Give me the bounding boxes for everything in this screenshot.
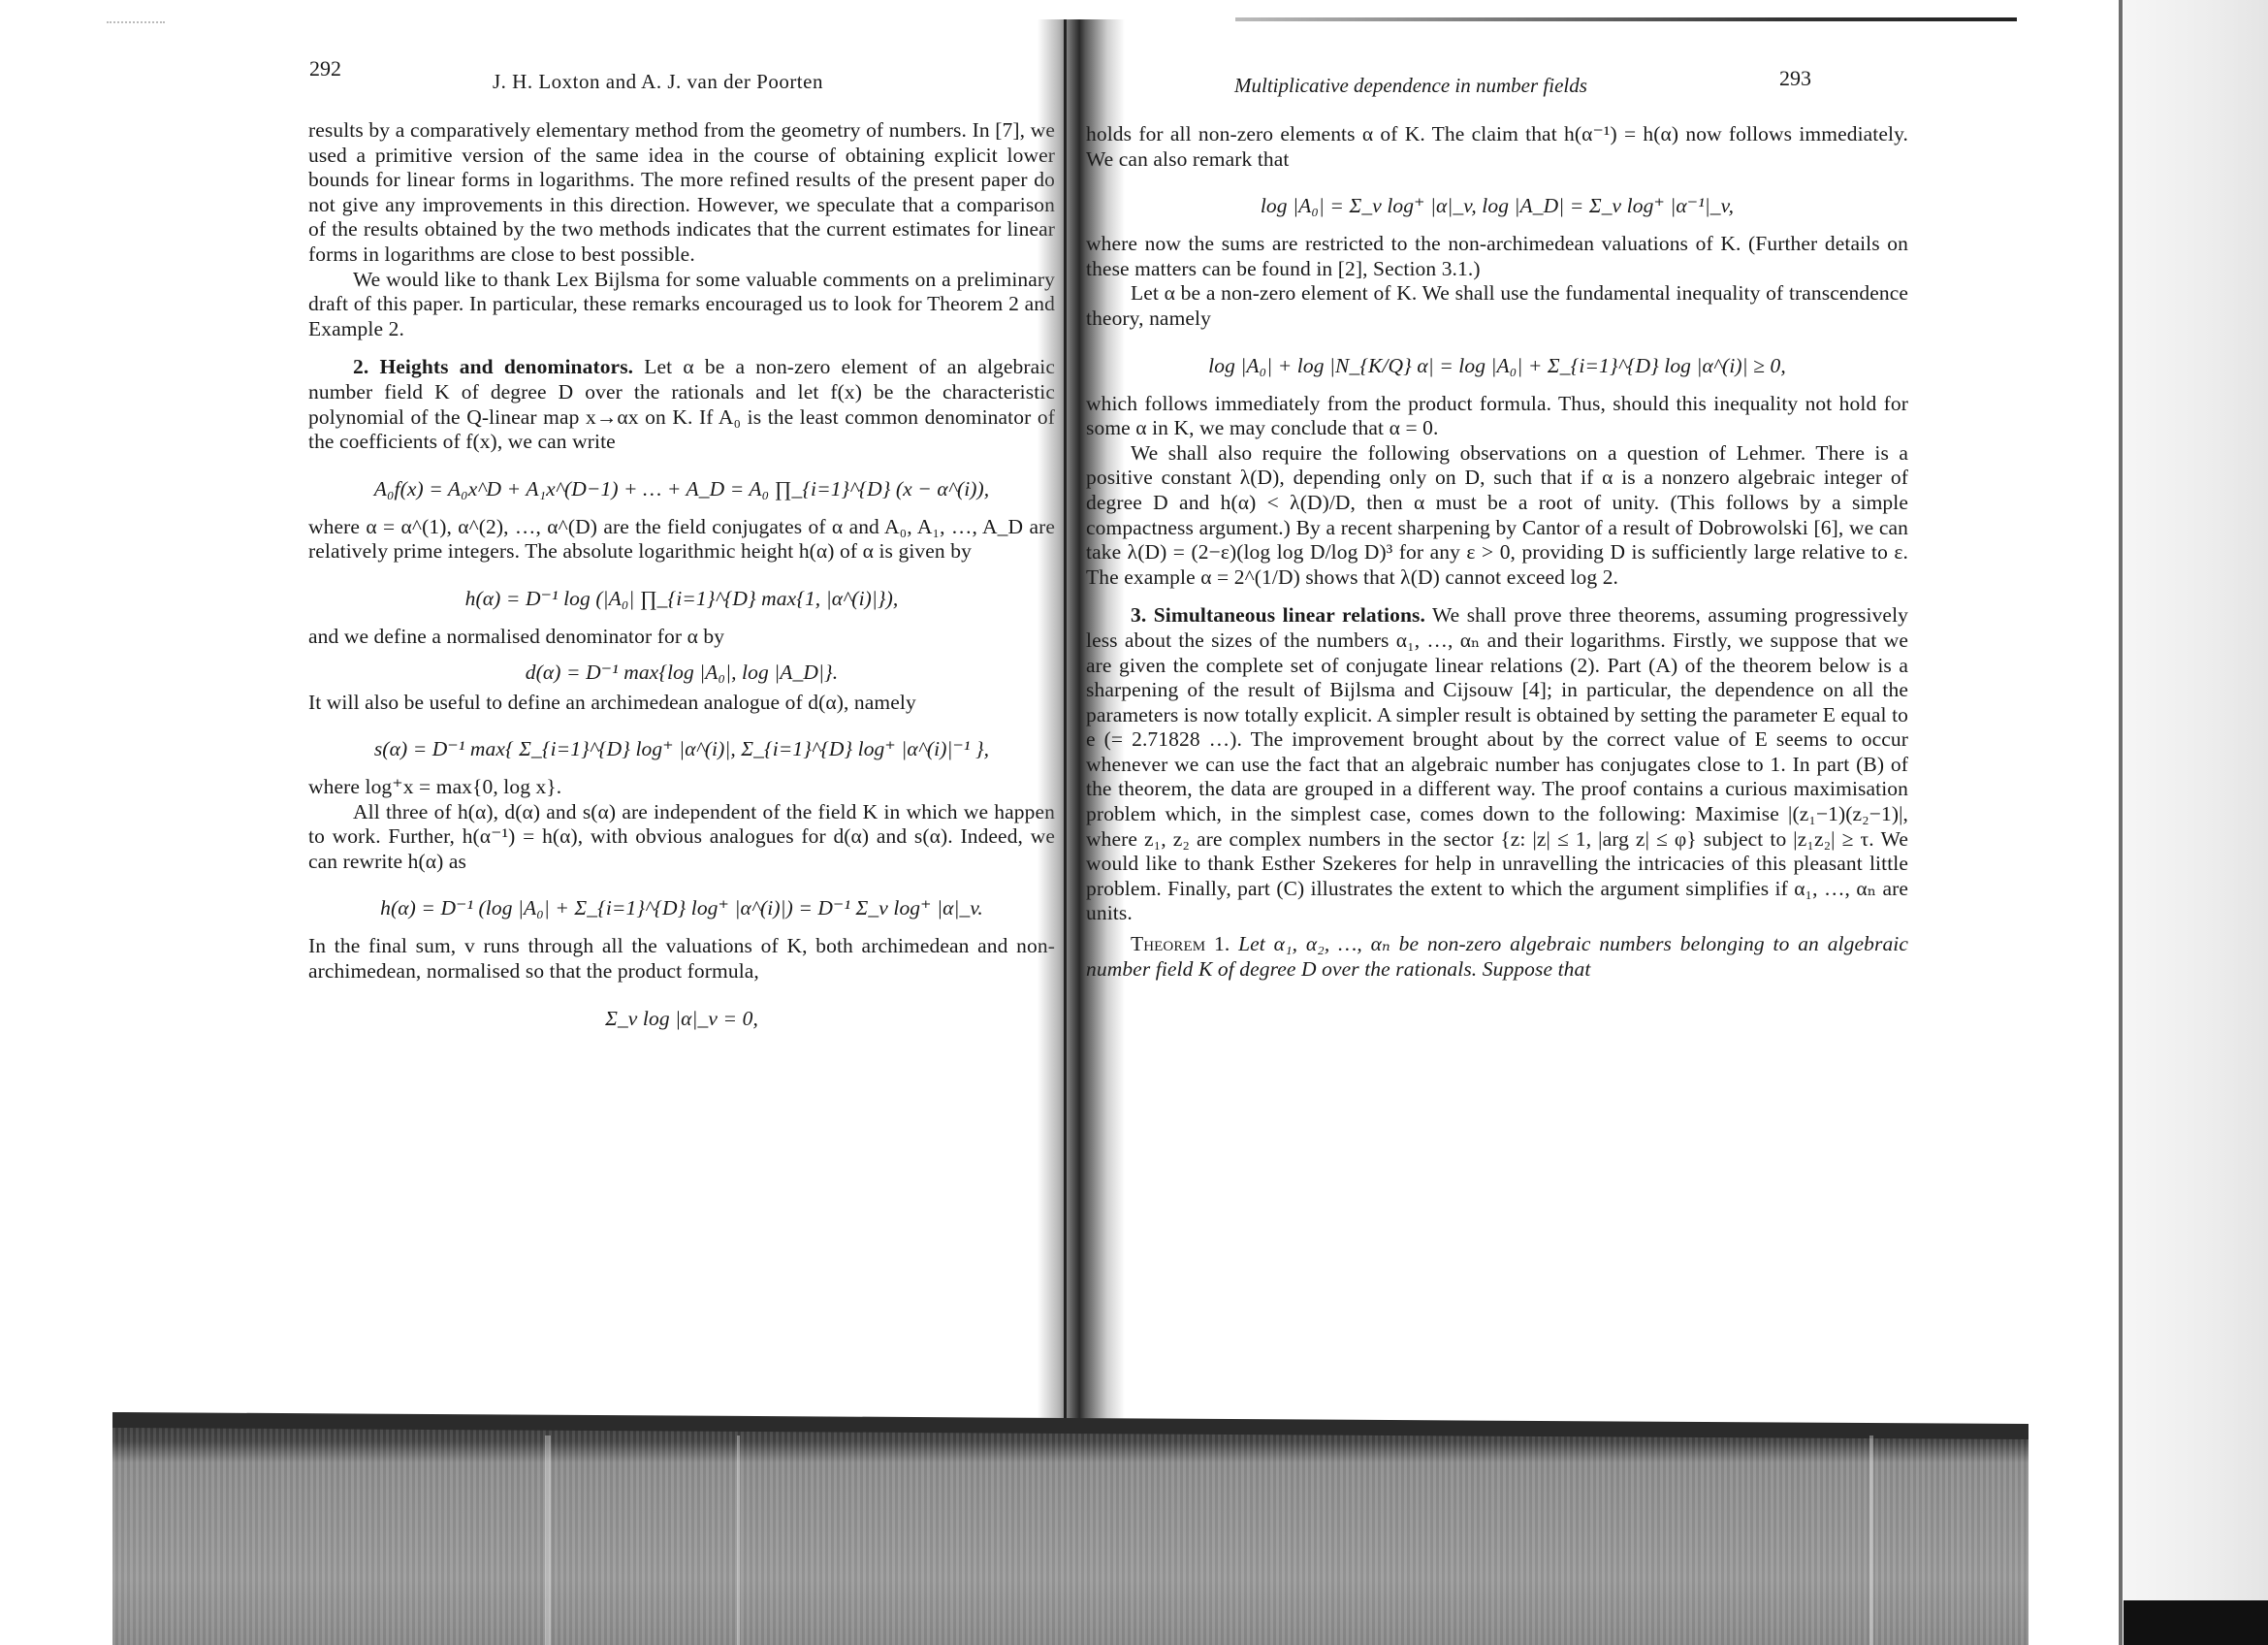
paragraph: Let α be a non-zero element of K. We sha… <box>1086 281 1908 331</box>
scan-streak <box>737 1435 740 1645</box>
section-heading: 3. Simultaneous linear relations. <box>1131 603 1425 627</box>
formula-log-a0: log |A₀| = Σ_v log⁺ |α|_v, log |A_D| = Σ… <box>1086 193 1908 218</box>
scan-corner-shadow <box>2124 1600 2268 1645</box>
formula-denominator: d(α) = D⁻¹ max{log |A₀|, log |A_D|}. <box>308 660 1055 685</box>
page-number-left: 292 <box>309 56 341 81</box>
section-heading: 2. Heights and denominators. <box>353 355 633 378</box>
section-2-intro: 2. Heights and denominators. Let α be a … <box>308 355 1055 454</box>
running-head-title: Multiplicative dependence in number fiel… <box>1234 74 1587 98</box>
paragraph: In the final sum, v runs through all the… <box>308 934 1055 984</box>
scan-page-edge <box>2119 0 2123 1645</box>
formula-archimedean: s(α) = D⁻¹ max{ Σ_{i=1}^{D} log⁺ |α^(i)|… <box>308 736 1055 761</box>
paragraph: where now the sums are restricted to the… <box>1086 232 1908 281</box>
scan-background-strip <box>2124 0 2268 1645</box>
book-spine-line <box>1064 19 1067 1445</box>
formula-polynomial: A₀f(x) = A₀x^D + A₁x^(D−1) + … + A_D = A… <box>308 476 1055 501</box>
theorem-1: Theorem 1. Let α₁, α₂, …, αₙ be non-zero… <box>1086 932 1908 982</box>
paragraph: It will also be useful to define an arch… <box>308 691 1055 716</box>
paragraph: results by a comparatively elementary me… <box>308 118 1055 268</box>
scan-top-rule <box>1235 17 2017 21</box>
paragraph: All three of h(α), d(α) and s(α) are ind… <box>308 800 1055 875</box>
running-head-authors: J. H. Loxton and A. J. van der Poorten <box>493 70 823 94</box>
formula-fundamental-inequality: log |A₀| + log |N_{K/Q} α| = log |A₀| + … <box>1086 353 1908 378</box>
formula-product: Σ_v log |α|_v = 0, <box>308 1006 1055 1031</box>
right-body: holds for all non-zero elements α of K. … <box>1086 122 1908 982</box>
paragraph-lehmer: We shall also require the following obse… <box>1086 441 1908 591</box>
paragraph: holds for all non-zero elements α of K. … <box>1086 122 1908 172</box>
formula-height: h(α) = D⁻¹ log (|A₀| ∏_{i=1}^{D} max{1, … <box>308 586 1055 611</box>
theorem-label: Theorem 1. <box>1131 932 1230 955</box>
scan-streak <box>1869 1435 1873 1645</box>
paragraph: where α = α^(1), α^(2), …, α^(D) are the… <box>308 515 1055 564</box>
formula-height-rewrite: h(α) = D⁻¹ (log |A₀| + Σ_{i=1}^{D} log⁺ … <box>308 895 1055 920</box>
paragraph: where log⁺x = max{0, log x}. <box>308 775 1055 800</box>
paragraph-acknowledgement: We would like to thank Lex Bijlsma for s… <box>308 268 1055 342</box>
section-3: 3. Simultaneous linear relations. We sha… <box>1086 603 1908 926</box>
scanner-bed-background <box>112 1424 2028 1645</box>
left-body: results by a comparatively elementary me… <box>308 118 1055 1045</box>
section-text: We shall prove three theorems, assuming … <box>1086 603 1908 924</box>
paragraph: which follows immediately from the produ… <box>1086 392 1908 441</box>
scan-artifact-mark <box>107 21 165 29</box>
scan-streak <box>545 1435 551 1645</box>
paragraph: and we define a normalised denominator f… <box>308 625 1055 650</box>
page-number-right: 293 <box>1779 66 1811 91</box>
